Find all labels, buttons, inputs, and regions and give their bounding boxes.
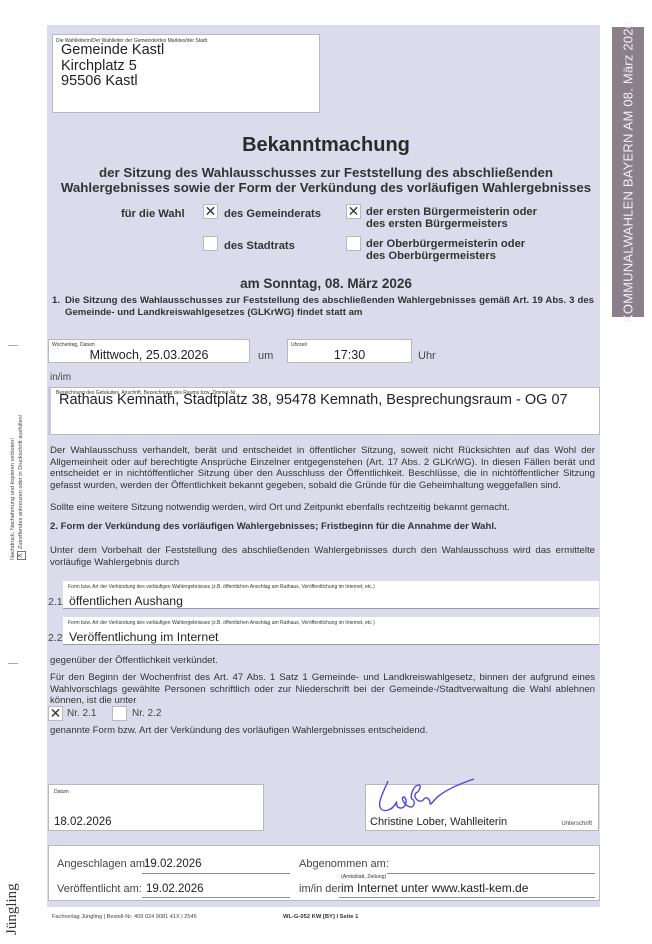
published-underline xyxy=(142,897,290,898)
side-notice-line-1: Nachdruck, Nachahmung und kopieren verbo… xyxy=(10,415,17,560)
signatory-name: Christine Lober, Wahlleiterin xyxy=(370,816,507,828)
published-label: Veröffentlicht am: xyxy=(57,883,142,895)
option-line: des Oberbürgermeisters xyxy=(366,250,525,262)
signature-date-field[interactable]: Datum 18.02.2026 xyxy=(48,784,264,831)
footer-publisher: Fachverlag Jüngling | Bestell-Nr. 409 02… xyxy=(52,914,197,920)
option-line: des ersten Bürgermeisters xyxy=(366,218,537,230)
publisher-logo: Jüngling xyxy=(4,883,21,935)
medium-value[interactable]: im Internet unter www.kastl-kem.de xyxy=(341,881,528,895)
authority-line-1: Gemeinde Kastl xyxy=(61,43,164,59)
side-notice-line-2: Zutreffendes ankreuzen oder in Druckschr… xyxy=(18,415,24,549)
meeting-date-value: Mittwoch, 25.03.2026 xyxy=(49,348,249,362)
um-label: um xyxy=(258,350,273,362)
checkbox-nr-2-1[interactable]: ✕ xyxy=(48,706,63,721)
signature-label: Unterschrift xyxy=(561,821,592,827)
published-value[interactable]: 19.02.2026 xyxy=(146,883,204,895)
meeting-time-value: 17:30 xyxy=(288,348,411,362)
handwritten-signature-icon xyxy=(374,777,484,817)
footer-form-id: WL-G-052 KW [BY] I Seite 1 xyxy=(283,914,358,920)
posted-value[interactable]: 19.02.2026 xyxy=(144,858,202,870)
meeting-time-field[interactable]: Uhrzeit 17:30 xyxy=(287,339,412,363)
posting-record-box: Angeschlagen am: 19.02.2026 Abgenommen a… xyxy=(48,845,600,901)
medium-in-label: im/in der xyxy=(299,883,341,895)
authority-line-3: 95506 Kastl xyxy=(61,74,164,90)
option-oberbuergermeister-label: der Oberbürgermeisterin oder des Oberbür… xyxy=(366,238,525,262)
page-title: Bekanntmachung xyxy=(0,134,652,157)
page-subtitle: der Sitzung des Wahlausschusses zur Fest… xyxy=(0,165,652,195)
section-2-deadline-text: Für den Beginn der Wochenfrist des Art. … xyxy=(50,672,595,707)
side-notice-check-icon: X xyxy=(17,551,26,560)
authority-address-box[interactable]: Die Wahlleiterin/Der Wahlleiter der Geme… xyxy=(52,34,320,113)
posted-underline xyxy=(142,873,290,874)
section-2-intro: Unter dem Vorbehalt der Feststellung des… xyxy=(50,545,595,568)
meeting-place-field[interactable]: Bezeichnung des Gebäudes, Anschrift, Bez… xyxy=(48,387,600,435)
section-2-closing: genannte Form bzw. Art der Verkündung de… xyxy=(50,725,595,737)
announcement-form-2-2-value: Veröffentlichung im Internet xyxy=(69,630,218,644)
section-1-text: 1. Die Sitzung des Wahlausschusses zur F… xyxy=(52,295,594,319)
meeting-date-field[interactable]: Wochentag, Datum Mittwoch, 25.03.2026 xyxy=(48,339,250,363)
subtitle-line-2: Wahlergebnisses sowie der Form der Verkü… xyxy=(0,180,652,195)
election-label: für die Wahl xyxy=(121,208,185,220)
item-2-1-number: 2.1 xyxy=(48,596,63,608)
checkbox-buergermeister[interactable]: ✕ xyxy=(346,204,361,219)
announcement-form-label: Form bzw. Art der Verkündung des vorläuf… xyxy=(68,620,375,626)
announcement-form-2-1-field[interactable]: Form bzw. Art der Verkündung des vorläuf… xyxy=(63,581,599,609)
option-buergermeister-label: der ersten Bürgermeisterin oder des erst… xyxy=(366,206,537,230)
side-notice: Nachdruck, Nachahmung und kopieren verbo… xyxy=(10,415,26,560)
item-2-2-number: 2.2 xyxy=(48,632,63,644)
side-fold-mark xyxy=(8,663,18,664)
section-1-number: 1. xyxy=(52,295,60,307)
section-2-heading: 2. Form der Verkündung des vorläufigen W… xyxy=(50,521,497,532)
authority-line-2: Kirchplatz 5 xyxy=(61,59,164,75)
medium-hint: (Amtsblatt, Zeitung) xyxy=(341,874,386,880)
checkbox-nr-2-2[interactable] xyxy=(112,706,127,721)
side-fold-mark xyxy=(8,345,18,346)
removed-underline xyxy=(387,873,595,874)
check-mark-icon: ✕ xyxy=(348,203,360,219)
check-mark-icon: ✕ xyxy=(50,705,62,721)
check-mark-icon: ✕ xyxy=(205,203,217,219)
section-1-body: Die Sitzung des Wahlausschusses zur Fest… xyxy=(65,295,594,319)
option-line: der Oberbürgermeisterin oder xyxy=(366,238,525,250)
signature-date-label: Datum xyxy=(54,789,69,795)
uhr-label: Uhr xyxy=(418,350,436,362)
option-stadtrat-label: des Stadtrats xyxy=(224,240,295,252)
option-line: der ersten Bürgermeisterin oder xyxy=(366,206,537,218)
option-gemeinderat-label: des Gemeinderats xyxy=(224,208,321,220)
medium-underline xyxy=(339,897,595,898)
meeting-place-value: Rathaus Kemnath, Stadtplatz 38, 95478 Ke… xyxy=(59,392,568,408)
subtitle-line-1: der Sitzung des Wahlausschusses zur Fest… xyxy=(0,165,652,180)
checkbox-nr-2-2-label: Nr. 2.2 xyxy=(132,708,161,719)
removed-label: Abgenommen am: xyxy=(299,858,389,870)
signature-field[interactable]: Christine Lober, Wahlleiterin Unterschri… xyxy=(365,784,599,831)
posted-label: Angeschlagen am: xyxy=(57,858,148,870)
announcement-form-2-1-value: öffentlichen Aushang xyxy=(69,594,183,608)
paragraph-public-session: Der Wahlausschuss verhandelt, berät und … xyxy=(50,445,595,491)
section-2-after: gegenüber der Öffentlichkeit verkündet. xyxy=(50,655,595,667)
announcement-form-2-2-field[interactable]: Form bzw. Art der Verkündung des vorläuf… xyxy=(63,617,599,645)
checkbox-stadtrat[interactable] xyxy=(203,236,218,251)
checkbox-gemeinderat[interactable]: ✕ xyxy=(203,204,218,219)
election-date: am Sonntag, 08. März 2026 xyxy=(0,276,652,291)
checkbox-oberbuergermeister[interactable] xyxy=(346,236,361,251)
in-im-label: in/im xyxy=(50,372,71,383)
paragraph-further-session: Sollte eine weitere Sitzung notwendig we… xyxy=(50,502,595,514)
announcement-form-label: Form bzw. Art der Verkündung des vorläuf… xyxy=(68,584,375,590)
checkbox-nr-2-1-label: Nr. 2.1 xyxy=(67,708,96,719)
signature-date-value: 18.02.2026 xyxy=(54,816,112,828)
